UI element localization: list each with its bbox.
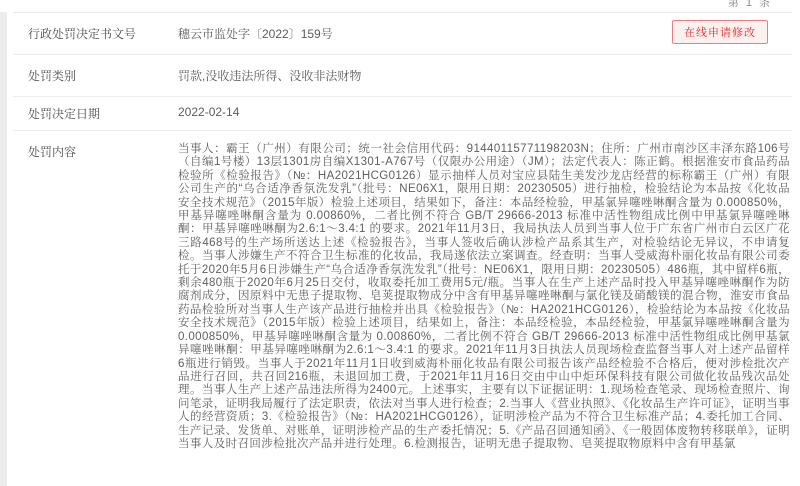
penalty-content-label: 处罚内容: [13, 131, 178, 463]
penalty-category-label: 处罚类别: [13, 55, 178, 96]
table-row: 处罚内容 当事人：霸王（广州）有限公司；统一社会信用代码：91440115771…: [13, 131, 792, 463]
table-row: 处罚类别 罚款,没收违法所得、没收非法财物: [13, 55, 792, 97]
penalty-detail-table: 行政处罚决定书文号 穗云市监处字〔2022〕159号 在线申请修改 处罚类别 罚…: [13, 12, 792, 463]
penalty-record-detail-page: 第 1 条 行政处罚决定书文号 穗云市监处字〔2022〕159号 在线申请修改 …: [0, 0, 800, 486]
penalty-doc-number-value: 穗云市监处字〔2022〕159号: [178, 27, 333, 41]
penalty-category-value: 罚款,没收违法所得、没收非法财物: [178, 55, 792, 96]
penalty-doc-number-value-cell: 穗云市监处字〔2022〕159号 在线申请修改: [178, 13, 792, 54]
page-left-edge-strip: [0, 12, 7, 486]
top-partial-text: 第 1 条: [728, 0, 772, 10]
penalty-decision-date-label: 处罚决定日期: [13, 97, 178, 130]
penalty-doc-number-label: 行政处罚决定书文号: [13, 13, 178, 54]
table-row: 处罚决定日期 2022-02-14: [13, 97, 792, 131]
table-row: 行政处罚决定书文号 穗云市监处字〔2022〕159号 在线申请修改: [13, 13, 792, 55]
penalty-content-text: 当事人：霸王（广州）有限公司；统一社会信用代码：9144011577119820…: [178, 131, 792, 463]
penalty-decision-date-value: 2022-02-14: [178, 97, 792, 130]
online-modify-request-button[interactable]: 在线申请修改: [672, 20, 768, 44]
